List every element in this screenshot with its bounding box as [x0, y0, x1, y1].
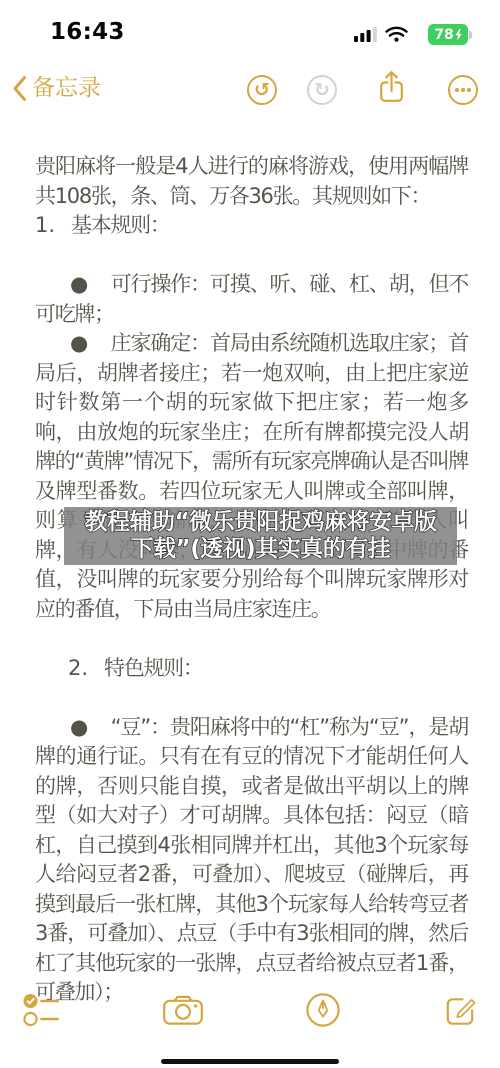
bullet-marker: ●	[70, 331, 89, 355]
share-icon	[381, 72, 402, 101]
undo-icon: ↺	[254, 79, 270, 101]
wifi-icon	[385, 26, 408, 42]
note-editor[interactable]: 贵阳麻将一般是4人进行的麻将游戏，使用两幅牌共108张，条、筒、万各36张。其规…	[35, 152, 468, 1008]
redo-button[interactable]: ↻	[307, 75, 337, 105]
share-button[interactable]	[379, 70, 404, 104]
watermark-line-1: 教程辅助“微乐贵阳捉鸡麻将安卓版	[84, 509, 436, 537]
checklist-icon	[22, 993, 59, 1027]
charging-bolt-icon	[455, 29, 462, 41]
watermark-overlay: 教程辅助“微乐贵阳捉鸡麻将安卓版 下载”(透视)其实真的有挂	[64, 507, 457, 565]
paragraph-text: 可行操作：可摸、听、碰、杠、胡，但不可吃牌；	[35, 272, 468, 326]
note-paragraph-5: 2.特色规则：	[35, 654, 468, 684]
ellipsis-icon	[455, 88, 459, 92]
note-paragraph-4: ●庄家确定：首局由系统随机选取庄家；首局后，胡牌者接庄；若一炮双响，由上把庄家逆…	[35, 329, 468, 624]
paragraph-text: 基本规则：	[71, 213, 170, 237]
watermark-line-2: 下载”(透视)其实真的有挂	[131, 536, 391, 564]
battery-indicator: 78	[428, 24, 468, 45]
bullet-marker: ●	[70, 272, 89, 296]
cellular-signal-icon	[354, 27, 378, 42]
compose-button[interactable]	[444, 993, 477, 1027]
paragraph-text: 庄家确定：首局由系统随机选取庄家；首局后，胡牌者接庄；若一炮双响，由上把庄家逆时…	[35, 331, 468, 621]
battery-percent: 78	[434, 27, 453, 43]
paragraph-text: 贵阳麻将一般是4人进行的麻将游戏，使用两幅牌共108张，条、筒、万各36张。其规…	[35, 154, 468, 208]
checklist-button[interactable]	[22, 993, 59, 1027]
compose-icon	[444, 993, 477, 1027]
bottom-toolbar	[0, 985, 500, 1035]
markup-pen-icon	[306, 993, 340, 1027]
note-paragraph-6: ●“豆”：贵阳麻将中的“杠”称为“豆”，是胡牌的通行证。只有在有豆的情况下才能胡…	[35, 713, 468, 1008]
camera-icon	[163, 995, 203, 1025]
note-paragraph-1: 贵阳麻将一般是4人进行的麻将游戏，使用两幅牌共108张，条、筒、万各36张。其规…	[35, 152, 468, 211]
home-indicator[interactable]	[161, 1059, 339, 1064]
paragraph-text: “豆”：贵阳麻将中的“杠”称为“豆”，是胡牌的通行证。只有在有豆的情况下才能胡任…	[35, 715, 468, 1005]
markup-button[interactable]	[306, 993, 340, 1027]
list-number: 2.	[68, 656, 88, 680]
note-paragraph-3: ●可行操作：可摸、听、碰、杠、胡，但不可吃牌；	[35, 270, 468, 329]
paragraph-text: 特色规则：	[104, 656, 203, 680]
more-button[interactable]	[448, 75, 478, 105]
back-button[interactable]: 备忘录	[12, 73, 101, 103]
redo-icon: ↻	[314, 79, 330, 101]
chevron-left-icon	[12, 75, 27, 102]
status-time: 16:43	[50, 19, 125, 45]
notes-app-screen: 16:43 78 备忘录 ↺ ↻	[0, 0, 500, 1068]
undo-button[interactable]: ↺	[247, 75, 277, 105]
bullet-marker: ●	[70, 715, 89, 739]
back-button-label: 备忘录	[32, 73, 101, 103]
list-number: 1.	[35, 213, 55, 237]
battery-nub	[469, 31, 472, 39]
camera-button[interactable]	[163, 995, 203, 1025]
note-paragraph-2: 1.基本规则：	[35, 211, 468, 241]
